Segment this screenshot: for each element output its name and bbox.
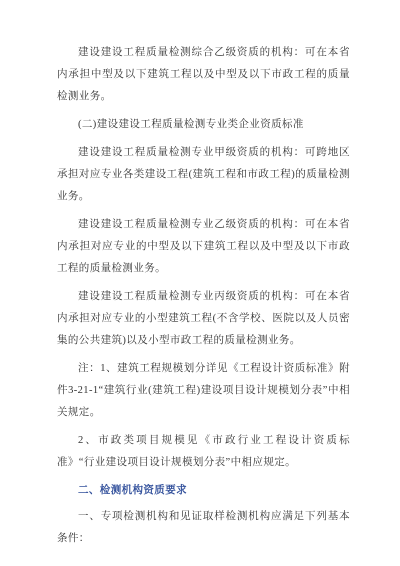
para-basic-conditions-intro: 一、专项检测机构和见证取样检测机构应满足下列基本条件： (57, 506, 350, 550)
para-professional-a-grade: 建设建设工程质量检测专业甲级资质的机构：可跨地区承担对应专业各类建设工程(建筑工… (57, 142, 350, 208)
para-professional-b-grade: 建设建设工程质量检测专业乙级资质的机构：可在本省内承担对应专业的中型及以下建筑工… (57, 214, 350, 280)
para-professional-c-grade: 建设建设工程质量检测专业丙级资质的机构：可在本省内承担对应专业的小型建筑工程(不… (57, 286, 350, 352)
heading-institution-qualification-requirements: 二、检测机构资质要求 (57, 480, 350, 502)
document-page: 建设建设工程质量检测综合乙级资质的机构：可在本省内承担中型及以下建筑工程以及中型… (57, 42, 350, 556)
subheading-professional-category-standard: (二)建设建设工程质量检测专业类企业资质标准 (57, 114, 350, 136)
note-municipal-project-scale: 2、市政类项目规模见《市政行业工程设计资质标准》“行业建设项目设计规模划分表”中… (57, 430, 350, 474)
note-building-project-scale: 注：1、建筑工程规模划分详见《工程设计资质标准》附件3-21-1“建筑行业(建筑… (57, 358, 350, 424)
para-comprehensive-b-grade: 建设建设工程质量检测综合乙级资质的机构：可在本省内承担中型及以下建筑工程以及中型… (57, 42, 350, 108)
